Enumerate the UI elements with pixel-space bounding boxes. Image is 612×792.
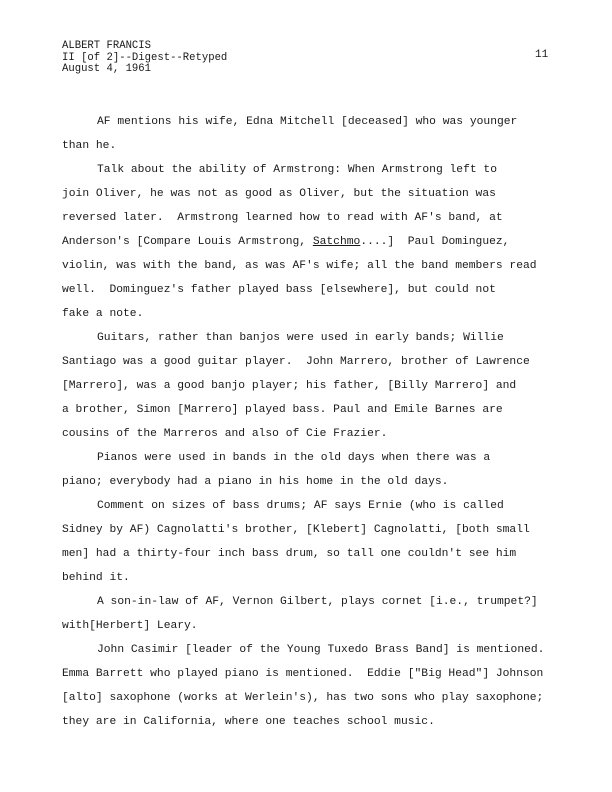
text-line: join Oliver, he was not as good as Olive…	[62, 182, 582, 206]
text-line: AF mentions his wife, Edna Mitchell [dec…	[62, 110, 582, 134]
interview-date: August 4, 1961	[62, 64, 227, 76]
text-line: piano; everybody had a piano in his home…	[62, 470, 582, 494]
text-line: Emma Barrett who played piano is mention…	[62, 662, 582, 686]
text-line: Pianos were used in bands in the old day…	[62, 446, 582, 470]
text-line: behind it.	[62, 566, 582, 590]
text-line: with[Herbert] Leary.	[62, 614, 582, 638]
text-line: Comment on sizes of bass drums; AF says …	[62, 494, 582, 518]
text-line: fake a note.	[62, 302, 582, 326]
text-line: A son-in-law of AF, Vernon Gilbert, play…	[62, 590, 582, 614]
paragraph: Talk about the ability of Armstrong: Whe…	[62, 158, 582, 326]
text-line: Anderson's [Compare Louis Armstrong, Sat…	[62, 230, 582, 254]
page-number: 11	[535, 49, 548, 61]
text-line: Talk about the ability of Armstrong: Whe…	[62, 158, 582, 182]
text-line: violin, was with the band, as was AF's w…	[62, 254, 582, 278]
text-line: [alto] saxophone (works at Werlein's), h…	[62, 686, 582, 710]
text-line: John Casimir [leader of the Young Tuxedo…	[62, 638, 582, 662]
paragraph: Pianos were used in bands in the old day…	[62, 446, 582, 494]
document-header: ALBERT FRANCIS II [of 2]--Digest--Retype…	[62, 41, 227, 76]
paragraph: Comment on sizes of bass drums; AF says …	[62, 494, 582, 590]
text-line: well. Dominguez's father played bass [el…	[62, 278, 582, 302]
text-line: [Marrero], was a good banjo player; his …	[62, 374, 582, 398]
text-line: reversed later. Armstrong learned how to…	[62, 206, 582, 230]
text-line: Santiago was a good guitar player. John …	[62, 350, 582, 374]
text-line: they are in California, where one teache…	[62, 710, 582, 734]
text-line: a brother, Simon [Marrero] played bass. …	[62, 398, 582, 422]
text-line: men] had a thirty-four inch bass drum, s…	[62, 542, 582, 566]
text-line: cousins of the Marreros and also of Cie …	[62, 422, 582, 446]
text-line: than he.	[62, 134, 582, 158]
interviewee-name: ALBERT FRANCIS	[62, 41, 227, 53]
text-line: Sidney by AF) Cagnolatti's brother, [Kle…	[62, 518, 582, 542]
paragraph: Guitars, rather than banjos were used in…	[62, 326, 582, 446]
book-title: Satchmo	[313, 236, 360, 248]
paragraph: John Casimir [leader of the Young Tuxedo…	[62, 638, 582, 734]
paragraph: AF mentions his wife, Edna Mitchell [dec…	[62, 110, 582, 158]
text-line: Guitars, rather than banjos were used in…	[62, 326, 582, 350]
document-body: AF mentions his wife, Edna Mitchell [dec…	[62, 110, 582, 734]
paragraph: A son-in-law of AF, Vernon Gilbert, play…	[62, 590, 582, 638]
